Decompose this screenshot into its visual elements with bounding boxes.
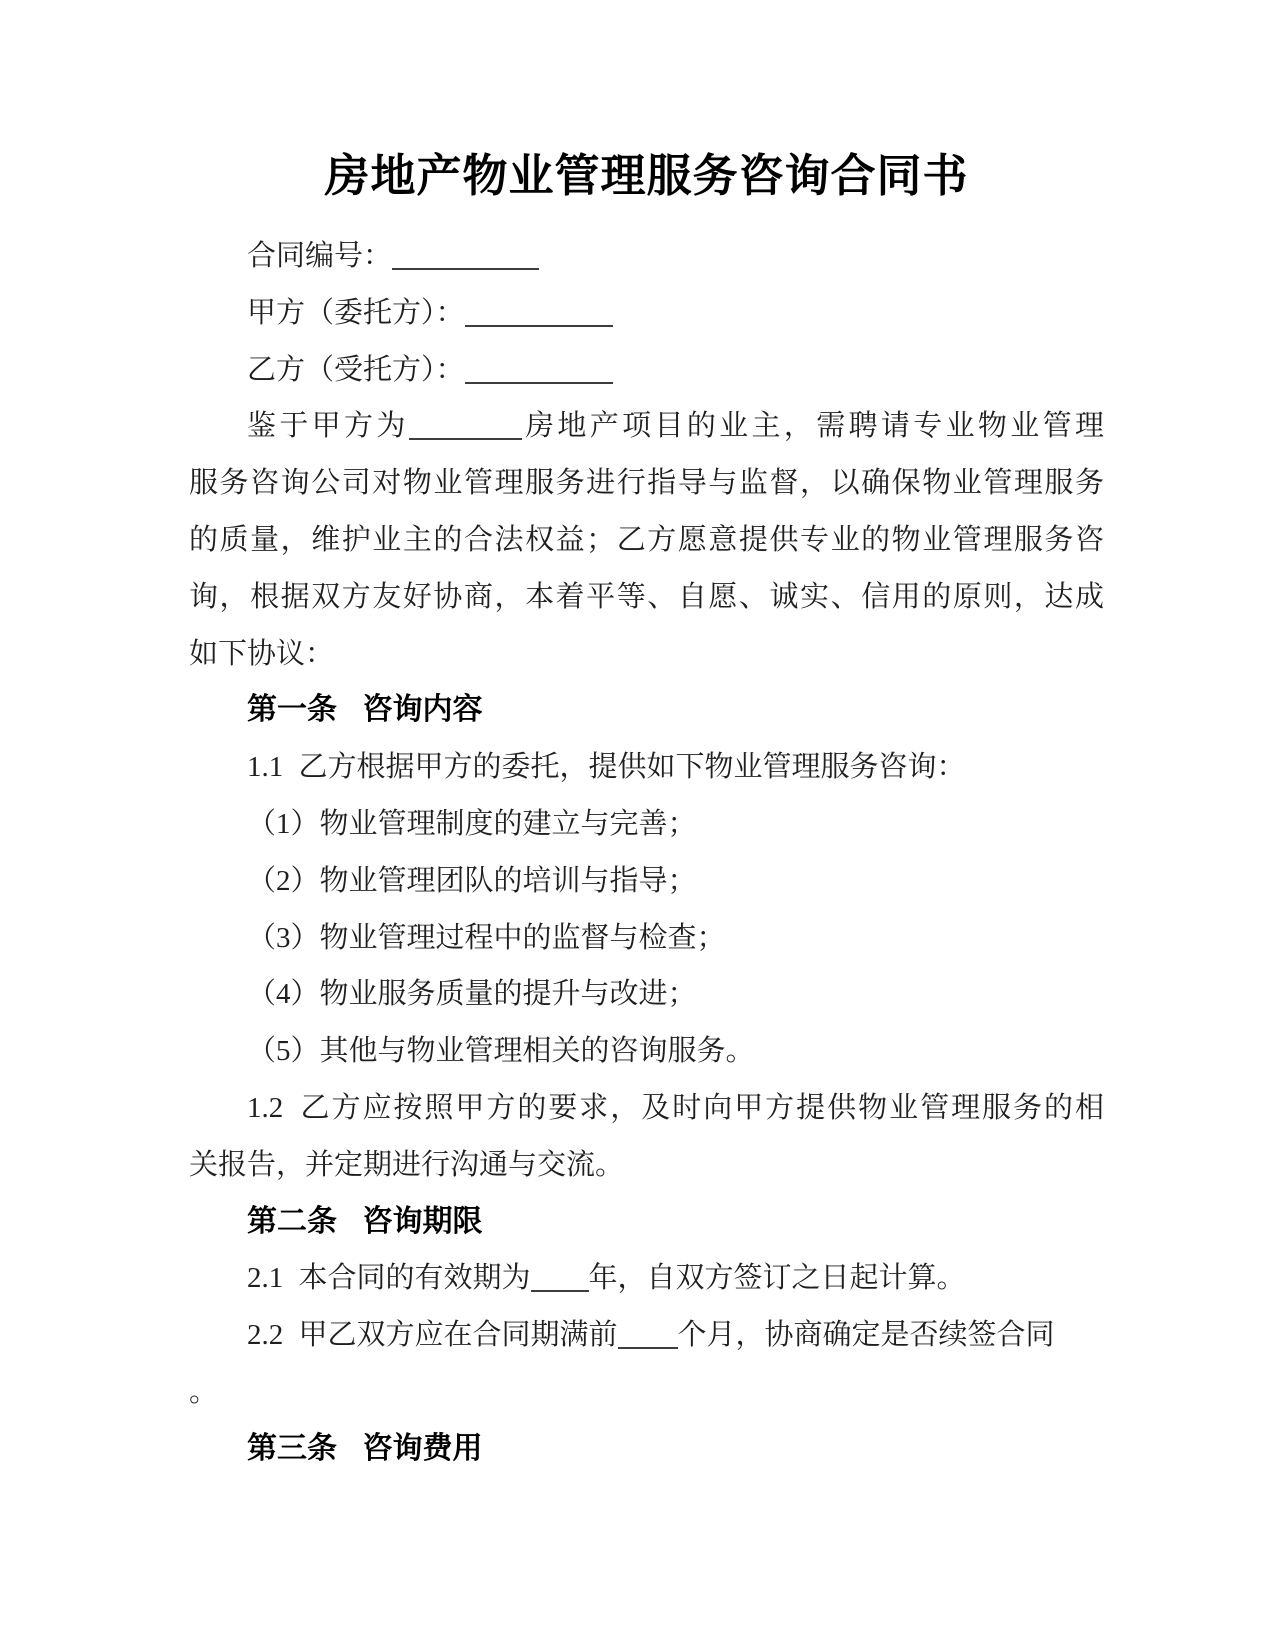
text-run: 1.2 乙方应按照甲方的要求，及时向甲方提供物业管理服务的相 — [247, 1092, 1104, 1124]
section-heading: 第二条 咨询期限 — [189, 1194, 1104, 1251]
text-run: 如下协议： — [189, 638, 334, 670]
document-line: 合同编号： — [189, 228, 1104, 285]
text-run: （4）物业服务质量的提升与改进； — [247, 978, 697, 1010]
document-line: 的质量，维护业主的合法权益；乙方愿意提供专业的物业管理服务咨 — [189, 512, 1104, 569]
document-line: 。 — [189, 1364, 1104, 1421]
text-run: 合同编号： — [247, 240, 392, 272]
blank-underline — [465, 299, 613, 327]
document-line: 1.2 乙方应按照甲方的要求，及时向甲方提供物业管理服务的相 — [189, 1080, 1104, 1137]
document-body: 合同编号：甲方（委托方）：乙方（受托方）：鉴于甲方为房地产项目的业主，需聘请专业… — [189, 228, 1104, 1478]
text-run: 甲方（委托方）： — [247, 297, 465, 329]
blank-underline — [392, 242, 539, 270]
text-run: 第二条 咨询期限 — [247, 1205, 483, 1238]
section-heading: 第一条 咨询内容 — [189, 682, 1104, 739]
document-line: 1.1 乙方根据甲方的委托，提供如下物业管理服务咨询： — [189, 739, 1104, 796]
text-run: 第三条 咨询费用 — [247, 1432, 483, 1465]
text-run: （3）物业管理过程中的监督与检查； — [247, 922, 726, 954]
text-run: 房地产项目的业主，需聘请专业物业管理 — [522, 410, 1104, 442]
blank-underline — [531, 1264, 589, 1292]
document-line: 2.2 甲乙双方应在合同期满前个月，协商确定是否续签合同 — [189, 1307, 1104, 1364]
document-line: （5）其他与物业管理相关的咨询服务。 — [189, 1023, 1104, 1080]
text-run: 1.1 乙方根据甲方的委托，提供如下物业管理服务咨询： — [247, 751, 966, 783]
text-run: 个月，协商确定是否续签合同 — [678, 1319, 1055, 1351]
text-run: 2.1 本合同的有效期为 — [247, 1262, 531, 1294]
contract-page: 房地产物业管理服务咨询合同书 合同编号：甲方（委托方）：乙方（受托方）：鉴于甲方… — [0, 0, 1275, 1650]
blank-underline — [618, 1321, 678, 1349]
document-line: （2）物业管理团队的培训与指导； — [189, 853, 1104, 910]
text-run: （5）其他与物业管理相关的咨询服务。 — [247, 1035, 755, 1067]
document-line: 乙方（受托方）： — [189, 342, 1104, 399]
document-line: 关报告，并定期进行沟通与交流。 — [189, 1137, 1104, 1194]
document-title: 房地产物业管理服务咨询合同书 — [189, 145, 1104, 207]
text-run: 年，自双方签订之日起计算。 — [589, 1262, 966, 1294]
section-heading: 第三条 咨询费用 — [189, 1421, 1104, 1478]
text-run: 乙方（受托方）： — [247, 354, 465, 386]
document-line: 2.1 本合同的有效期为年，自双方签订之日起计算。 — [189, 1250, 1104, 1307]
blank-underline — [465, 356, 613, 384]
text-run: 询，根据双方友好协商，本着平等、自愿、诚实、信用的原则，达成 — [189, 581, 1104, 613]
page-content: 房地产物业管理服务咨询合同书 合同编号：甲方（委托方）：乙方（受托方）：鉴于甲方… — [189, 0, 1104, 1478]
document-line: 甲方（委托方）： — [189, 285, 1104, 342]
document-line: （1）物业管理制度的建立与完善； — [189, 796, 1104, 853]
text-run: 鉴于甲方为 — [247, 410, 409, 442]
blank-underline — [409, 412, 522, 440]
text-run: 。 — [189, 1376, 218, 1408]
document-line: 服务咨询公司对物业管理服务进行指导与监督，以确保物业管理服务 — [189, 455, 1104, 512]
text-run: 关报告，并定期进行沟通与交流。 — [189, 1149, 624, 1181]
document-line: （4）物业服务质量的提升与改进； — [189, 966, 1104, 1023]
text-run: （2）物业管理团队的培训与指导； — [247, 865, 697, 897]
document-line: 如下协议： — [189, 626, 1104, 683]
text-run: （1）物业管理制度的建立与完善； — [247, 808, 697, 840]
text-run: 的质量，维护业主的合法权益；乙方愿意提供专业的物业管理服务咨 — [189, 524, 1104, 556]
document-line: 鉴于甲方为房地产项目的业主，需聘请专业物业管理 — [189, 398, 1104, 455]
text-run: 第一条 咨询内容 — [247, 693, 483, 726]
document-line: （3）物业管理过程中的监督与检查； — [189, 910, 1104, 967]
text-run: 服务咨询公司对物业管理服务进行指导与监督，以确保物业管理服务 — [189, 467, 1104, 499]
document-line: 询，根据双方友好协商，本着平等、自愿、诚实、信用的原则，达成 — [189, 569, 1104, 626]
text-run: 2.2 甲乙双方应在合同期满前 — [247, 1319, 618, 1351]
